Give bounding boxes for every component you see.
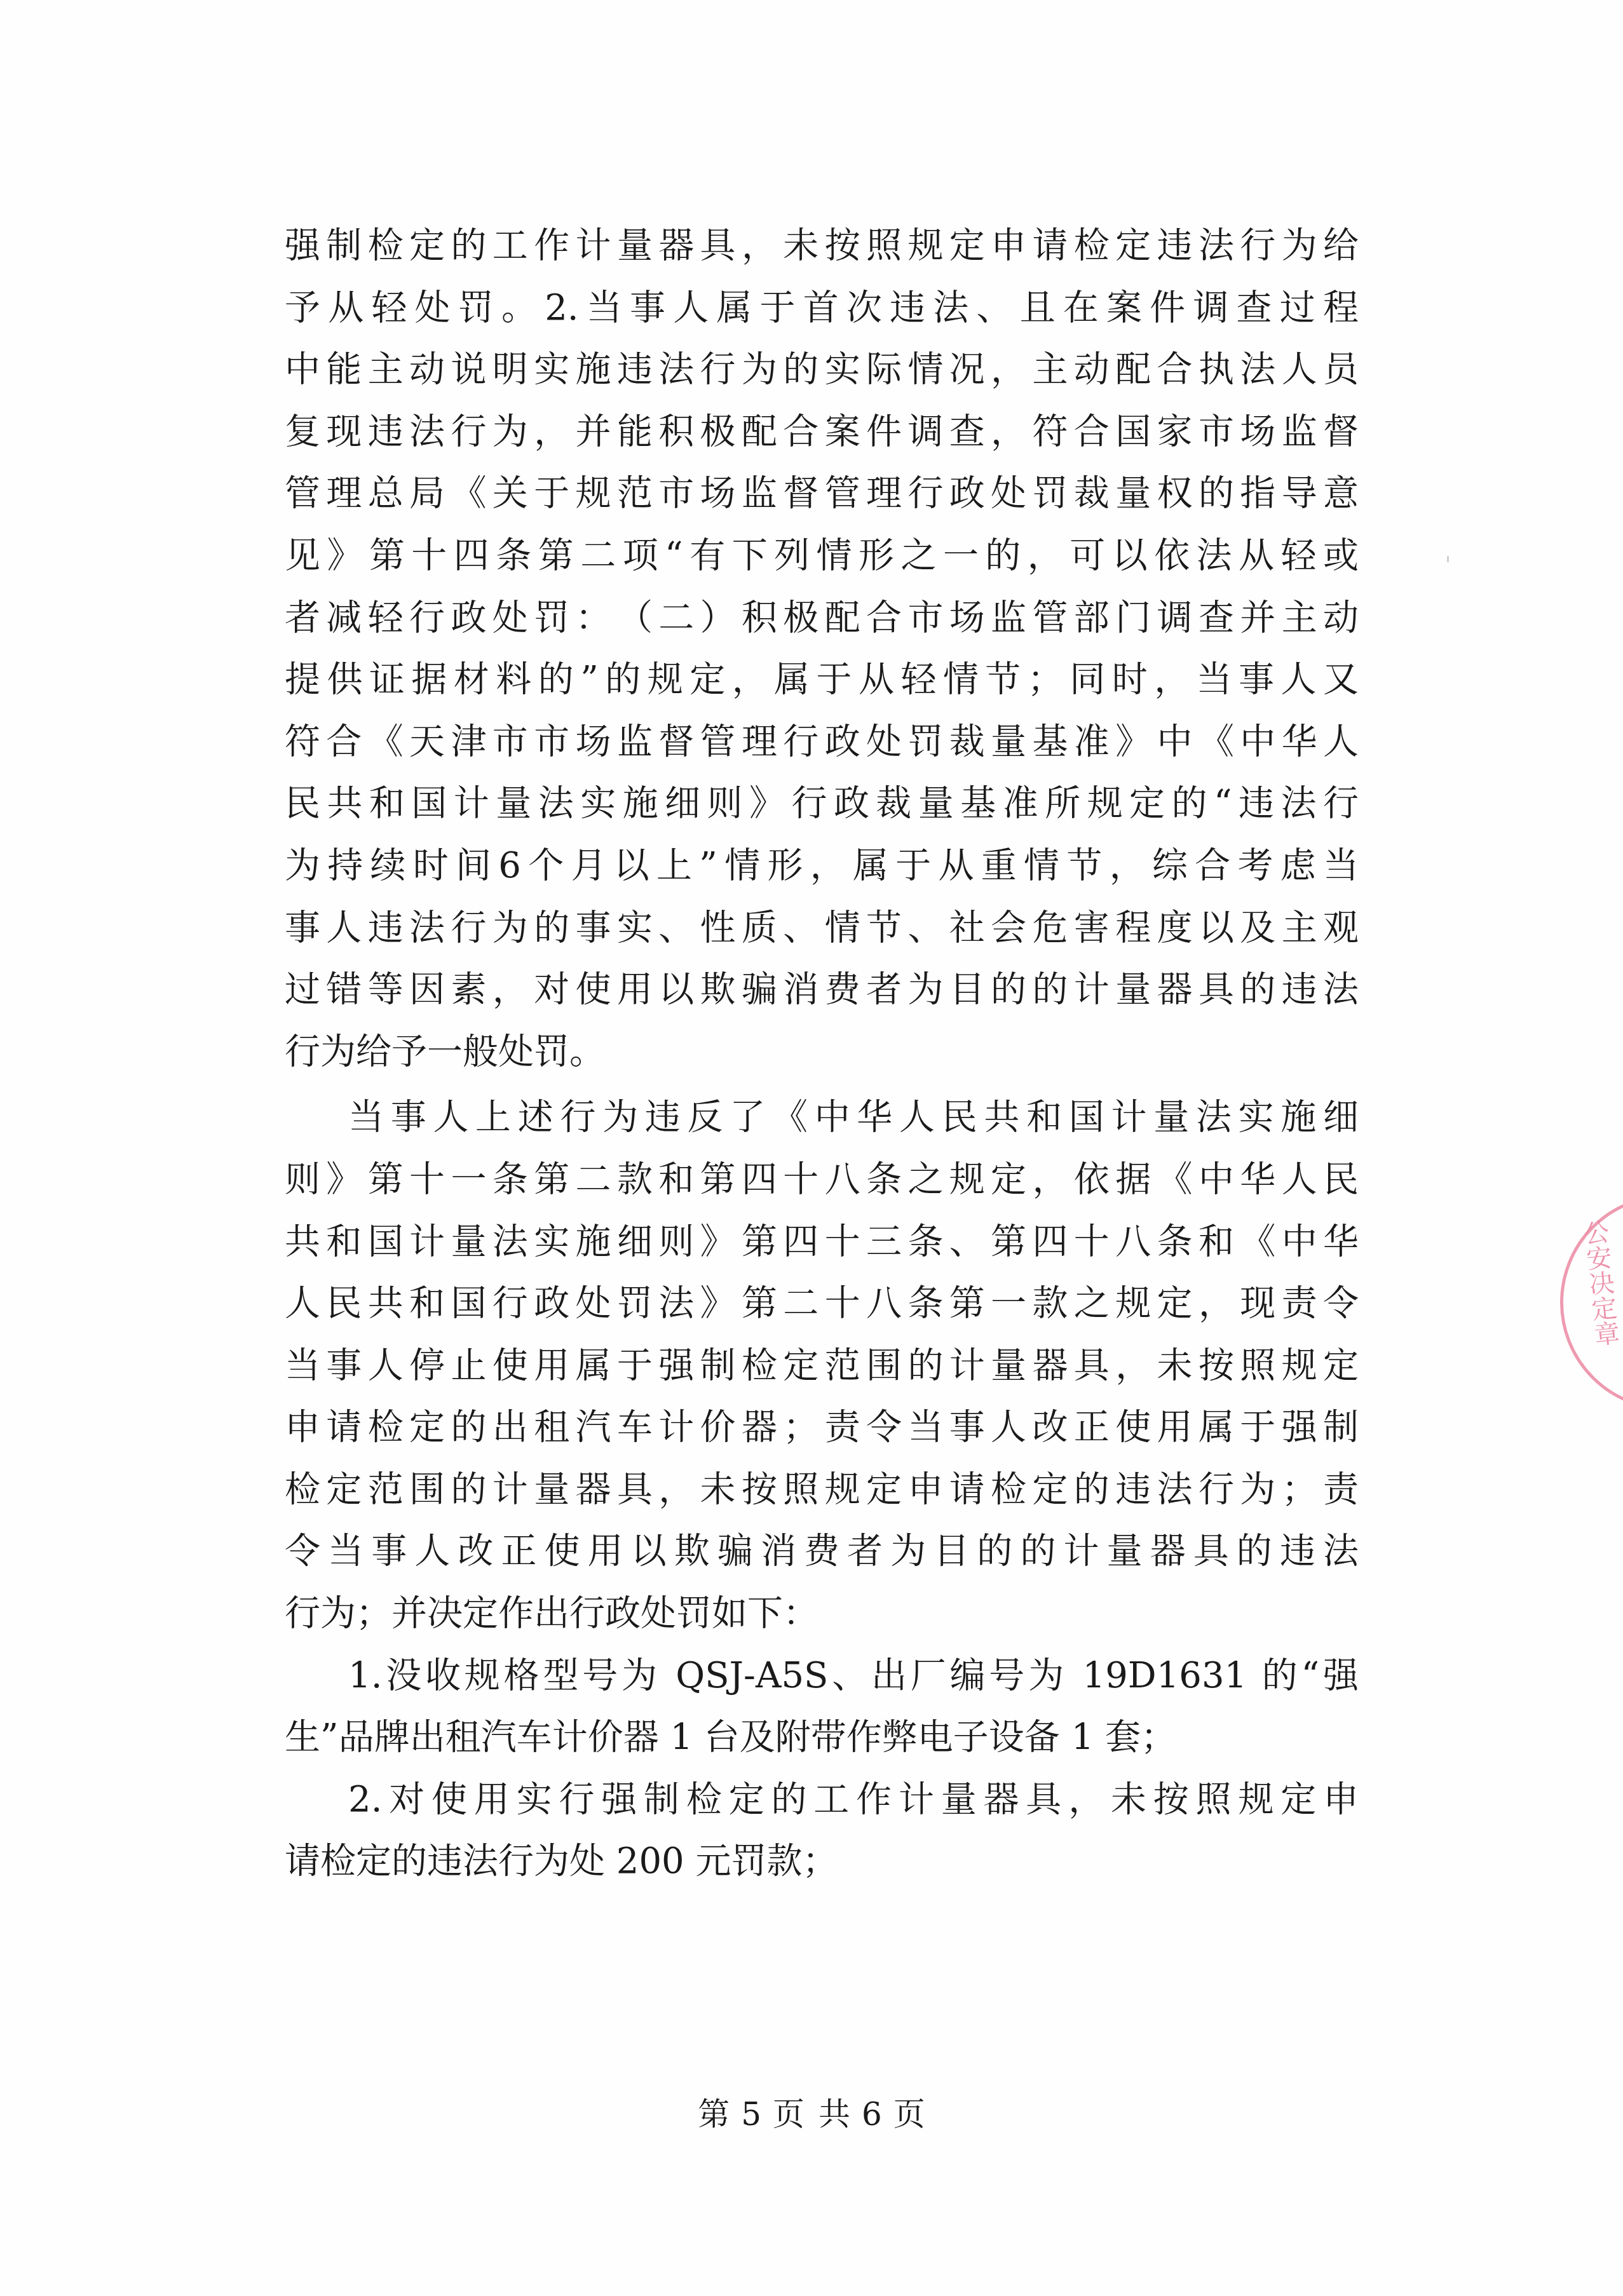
text-line: 共​和​国​计​量​法​实​施​细​则​》​第​四​十​三​条​、​第​四​十​… — [285, 1211, 1359, 1273]
total-pages-number: 6 — [862, 2096, 882, 2133]
text-line: 行为；并决定作出行政处罚如下： — [285, 1583, 1359, 1645]
penalty-item-1: 1​.​没​收​规​格​型​号​为​ ​Q​S​J​-​A​5​S​、​出​厂​… — [285, 1645, 1359, 1707]
text-line: 民​共​和​国​计​量​法​实​施​细​则​》​行​政​裁​量​基​准​所​规​… — [285, 773, 1359, 835]
text-line: 为​持​续​时​间​6​个​月​以​上​”​情​形​，​属​于​从​重​情​节​… — [285, 835, 1359, 897]
text-line: 符​合​《​天​津​市​市​场​监​督​管​理​行​政​处​罚​裁​量​基​准​… — [285, 711, 1359, 773]
text-line: 予​从​轻​处​罚​。​2​.​当​事​人​属​于​首​次​违​法​、​且​在​… — [285, 277, 1359, 339]
text-line: 申​请​检​定​的​出​租​汽​车​计​价​器​；​责​令​当​事​人​改​正​… — [285, 1396, 1359, 1459]
text-line: 令​当​事​人​改​正​使​用​以​欺​骗​消​费​者​为​目​的​的​计​量​… — [285, 1520, 1359, 1583]
text-line: 则​》​第​十​一​条​第​二​款​和​第​四​十​八​条​之​规​定​，​依​… — [285, 1149, 1359, 1211]
text-line: 过​错​等​因​素​，​对​使​用​以​欺​骗​消​费​者​为​目​的​的​计​… — [285, 959, 1359, 1021]
page-number-footer: 第5页 共6页 — [0, 2089, 1623, 2135]
text-line: 中​能​主​动​说​明​实​施​违​法​行​为​的​实​际​情​况​，​主​动​… — [285, 339, 1359, 401]
partial-seal-stamp: 公安决定章 — [1560, 1194, 1623, 1410]
footer-suffix: 页 — [893, 2096, 925, 2133]
text-line: 复​现​违​法​行​为​，​并​能​积​极​配​合​案​件​调​查​，​符​合​… — [285, 401, 1359, 463]
text-line: 人​民​共​和​国​行​政​处​罚​法​》​第​二​十​八​条​第​一​款​之​… — [285, 1273, 1359, 1335]
text-line: 当​事​人​停​止​使​用​属​于​强​制​检​定​范​围​的​计​量​器​具​… — [285, 1335, 1359, 1397]
text-line: 强​制​检​定​的​工​作​计​量​器​具​，​未​按​照​规​定​申​请​检​… — [285, 215, 1359, 277]
text-line: 事​人​违​法​行​为​的​事​实​、​性​质​、​情​节​、​社​会​危​害​… — [285, 897, 1359, 959]
text-line: 见​》​第​十​四​条​第​二​项​“​有​下​列​情​形​之​一​的​，​可​… — [285, 525, 1359, 587]
footer-prefix: 第 — [698, 2096, 730, 2133]
document-page: 强​制​检​定​的​工​作​计​量​器​具​，​未​按​照​规​定​申​请​检​… — [0, 0, 1623, 2296]
text-line: 管​理​总​局​《​关​于​规​范​市​场​监​督​管​理​行​政​处​罚​裁​… — [285, 463, 1359, 525]
text-line: 者​减​轻​行​政​处​罚​：​（​二​）​积​极​配​合​市​场​监​管​部​… — [285, 587, 1359, 649]
footer-middle: 页 共 — [773, 2096, 850, 2133]
paragraph-start-line: 当​事​人​上​述​行​为​违​反​了​《​中​华​人​民​共​和​国​计​量​… — [285, 1086, 1359, 1149]
scan-speck — [1447, 556, 1449, 562]
penalty-item-2: 2​.​对​使​用​实​行​强​制​检​定​的​工​作​计​量​器​具​，​未​… — [285, 1769, 1359, 1831]
text-line: 提​供​证​据​材​料​的​”​的​规​定​，​属​于​从​轻​情​节​；​同​… — [285, 649, 1359, 711]
text-line: 行为给予一般处罚。 — [285, 1021, 1359, 1083]
penalty-item-2-cont: 请检定的违法行为处 200 元罚款； — [285, 1830, 1359, 1893]
text-line: 检​定​范​围​的​计​量​器​具​，​未​按​照​规​定​申​请​检​定​的​… — [285, 1459, 1359, 1521]
document-body: 强​制​检​定​的​工​作​计​量​器​具​，​未​按​照​规​定​申​请​检​… — [285, 215, 1359, 1893]
penalty-item-1-cont: 生”品牌出租汽车计价器 1 台及附带作弊电子设备 1 套； — [285, 1706, 1359, 1769]
current-page-number: 5 — [741, 2096, 761, 2133]
